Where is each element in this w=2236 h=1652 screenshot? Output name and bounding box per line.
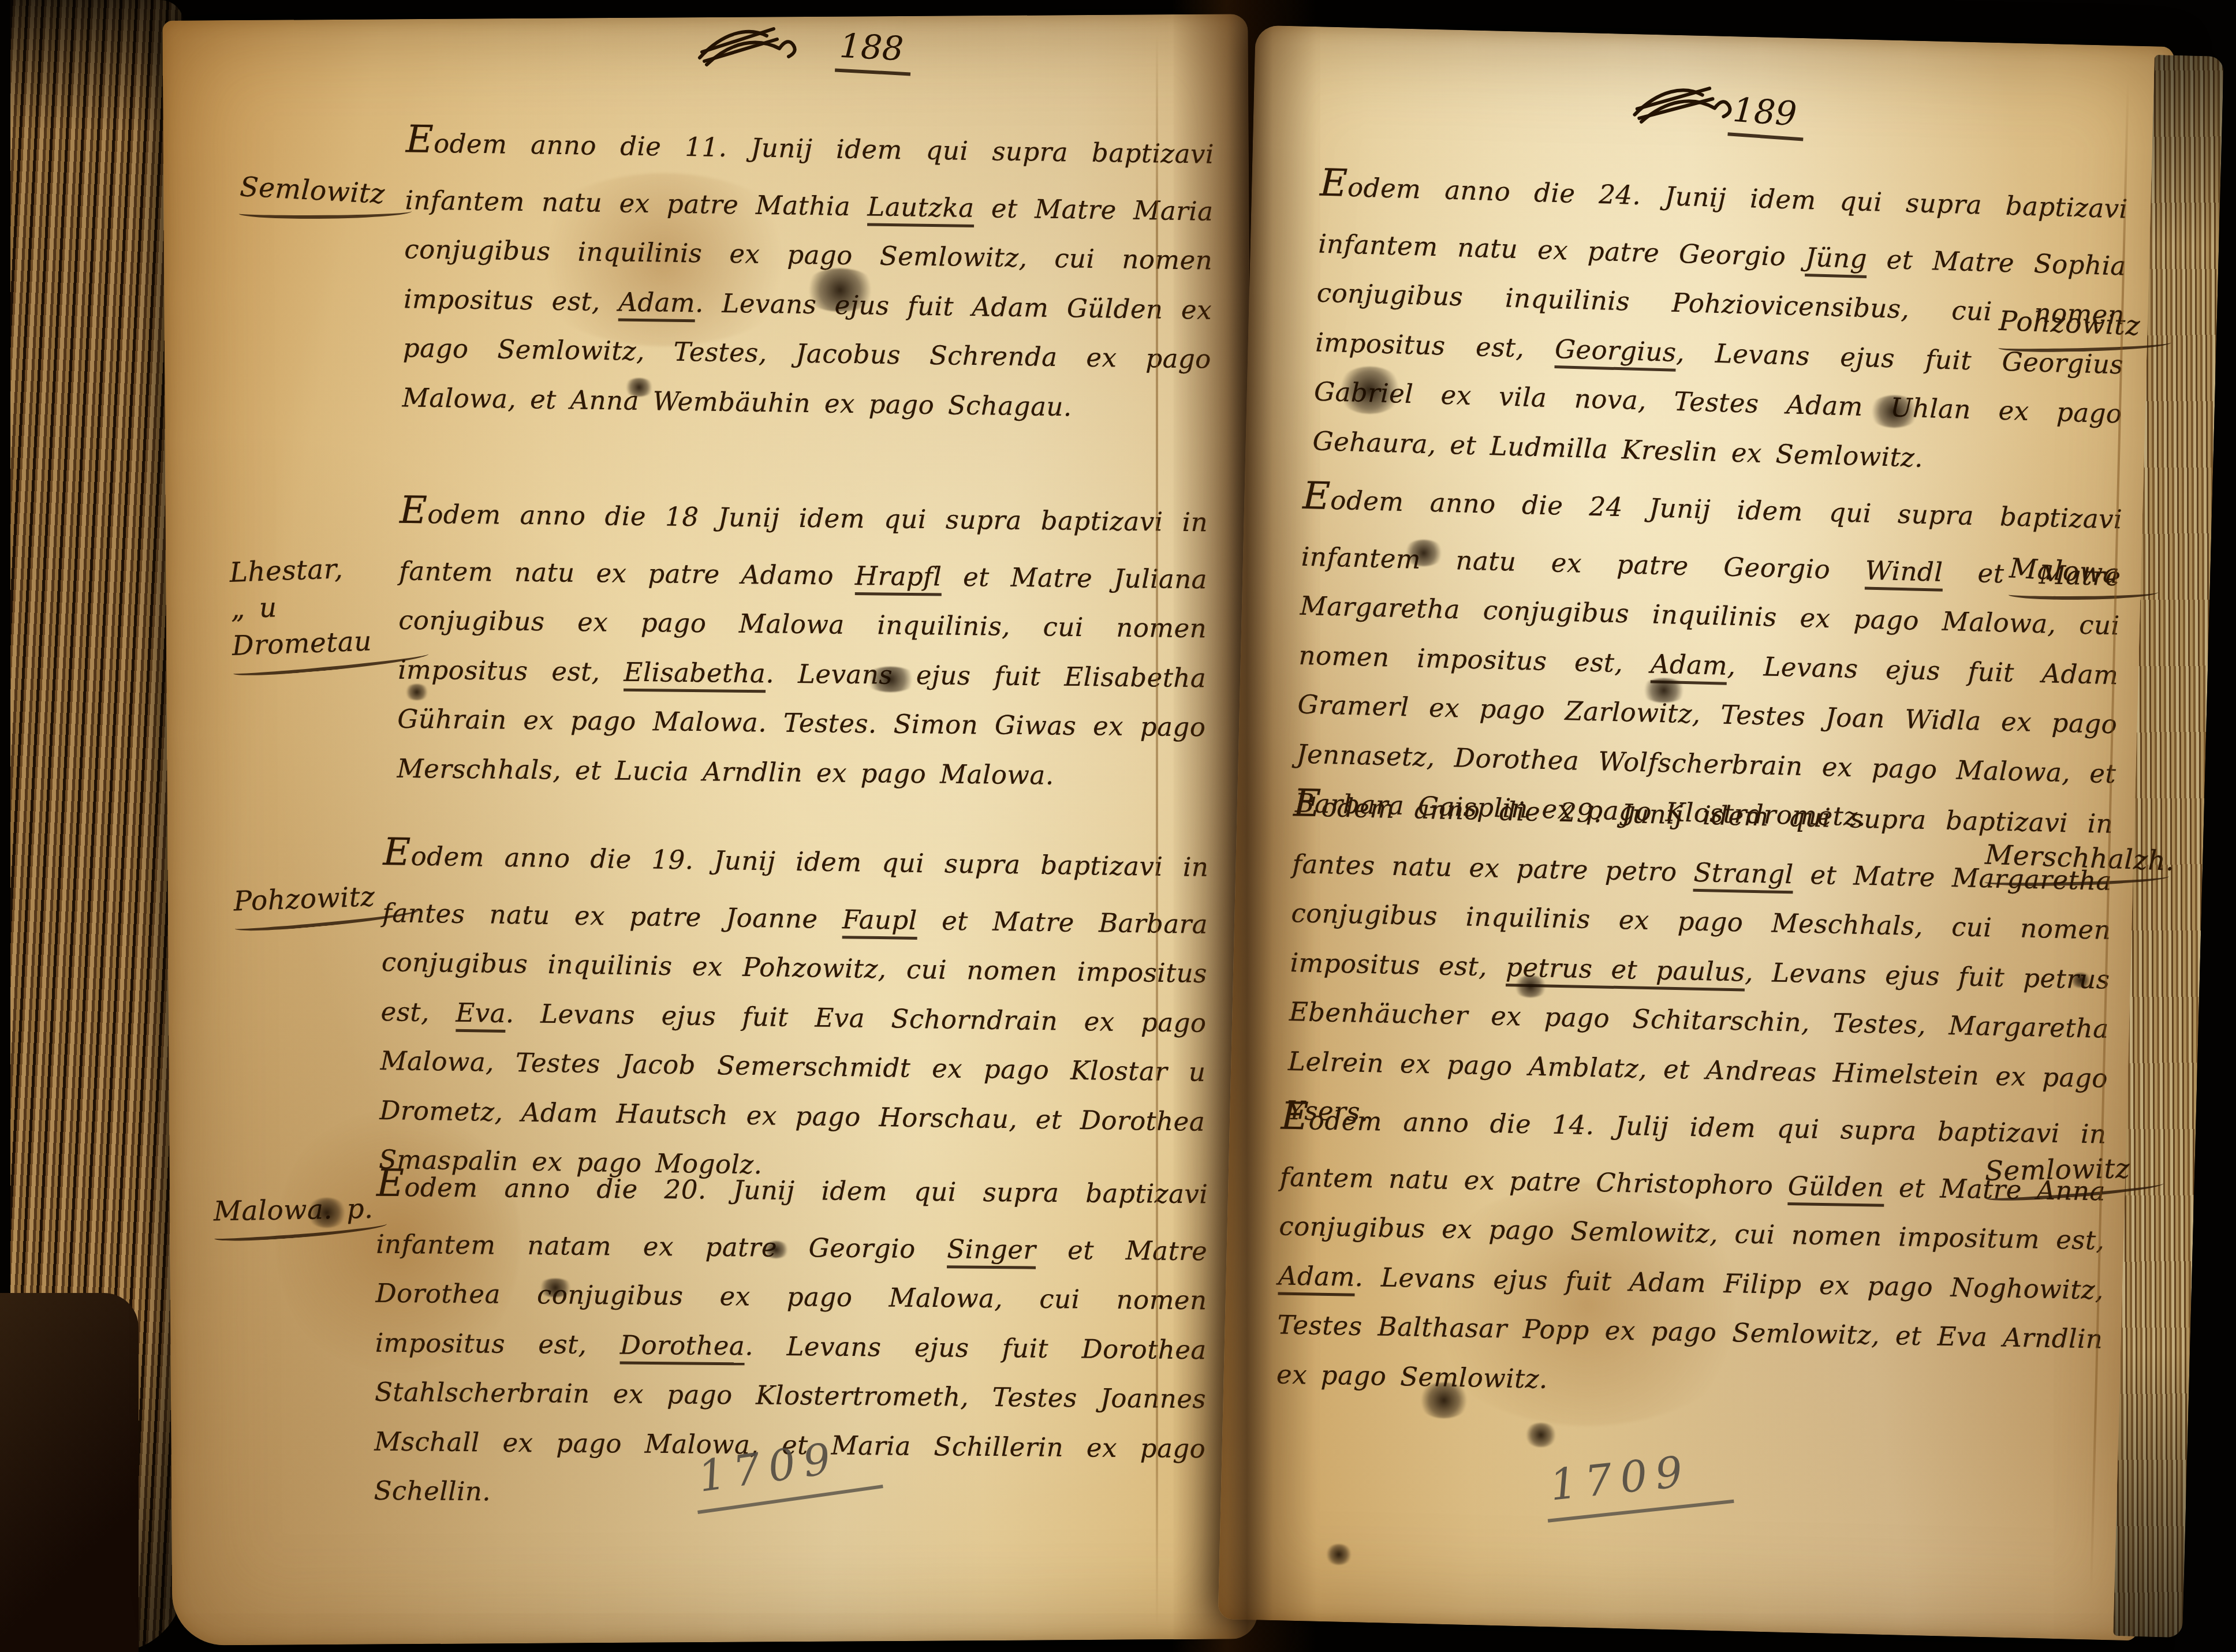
- gutter-fold-line: [1156, 35, 1158, 1628]
- margin-note-place: Semlowitz: [238, 169, 414, 223]
- page-number-right: 189: [1727, 90, 1806, 141]
- crossed-out-folio-mark: [693, 16, 820, 80]
- baptism-entry: Eodem anno die 14. Julij idem qui supra …: [1276, 1081, 2107, 1414]
- baptism-entry: Eodem anno die 19. Junij idem qui supra …: [379, 817, 1210, 1196]
- margin-note-place: Pohzowitz: [1998, 303, 2173, 355]
- manuscript-photo: 188 Eodem anno die 11. Junij idem qui su…: [0, 0, 2236, 1652]
- margin-note-place: Malowa: [2008, 550, 2160, 604]
- margin-note-place: Semlowitz: [1984, 1150, 2164, 1199]
- book-cover-corner: [0, 1293, 139, 1652]
- margin-note-place: Merschhalzh.: [1984, 836, 2171, 889]
- page-number-left: 188: [835, 26, 913, 76]
- margin-note-place: Pohzowitz: [233, 877, 420, 929]
- margin-note-place: Lhestar, „ u Drometau: [229, 548, 430, 674]
- margin-note-place: Malowa. p.: [213, 1190, 387, 1239]
- baptism-entry: Eodem anno die 11. Junij idem qui supra …: [402, 104, 1215, 433]
- baptism-entry: Eodem anno die 18 Junij idem qui supra b…: [397, 475, 1208, 802]
